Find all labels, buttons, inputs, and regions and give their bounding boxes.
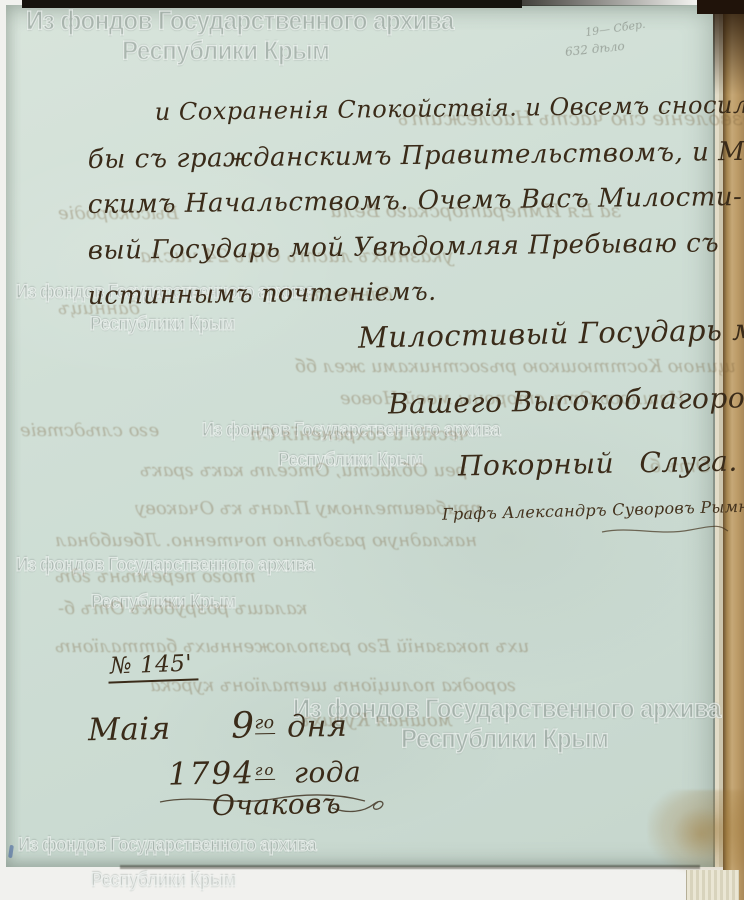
scan-top-dark-strip-fade	[522, 0, 694, 6]
doc-number-text: № 145'	[108, 650, 199, 683]
date-year: 1794го	[168, 755, 276, 793]
watermark-bottom-line1: Из фондов Государственного архива	[18, 834, 316, 856]
bleedthrough-line: накладную раздѣлно почтенно. Лбеибднал	[55, 530, 477, 551]
watermark-bottom-line2: Республики Крым	[91, 869, 236, 891]
date-year-superscript: го	[255, 761, 276, 780]
body-line-5: истиннымъ почтеніемъ.	[88, 277, 437, 310]
bleedthrough-line: ппого перемѣнъ гдѣ	[55, 566, 256, 587]
bleedthrough-line: реи Области, Отселѣ какъ гракъ	[140, 460, 467, 481]
bleedthrough-line: ческіи и сохраненїя Сп	[250, 424, 470, 445]
date-month: Маія	[88, 711, 171, 748]
bleedthrough-line: прибавителному Планъ къ Очакову	[135, 498, 482, 519]
date-place: Очаковъ	[212, 787, 342, 822]
binding-top-corner-dark	[697, 0, 744, 14]
date-year-word: года	[294, 755, 362, 789]
date-day: 9го	[231, 705, 275, 747]
doc-number: № 145'	[108, 652, 198, 682]
bleedthrough-line: городка полицїонѣ шеталїонъ курска	[150, 675, 516, 696]
place-flourish	[330, 794, 390, 818]
closing-line-2: Покорный Слуга.	[458, 445, 738, 483]
closing-line-1: Вашего Высокоблагородія	[388, 380, 744, 420]
watermark-top-line1: Из фондов Государственного архива	[26, 6, 454, 37]
watermark-top-line2: Республики Крым	[122, 36, 329, 67]
dateline-day: Маія 9го дня	[88, 704, 348, 750]
binding-top-shadow	[713, 0, 744, 95]
date-day-superscript: го	[254, 713, 274, 734]
date-day-word: дня	[287, 709, 348, 745]
bleedthrough-line: его слѣдствіе	[20, 420, 159, 441]
signature-flourish	[600, 524, 730, 536]
bleedthrough-line: калашъ розрубокъ Отъ б-	[58, 598, 308, 619]
bleedthrough-line: щиною Косттюшкою рѣгостниками жел бб	[295, 356, 736, 377]
stain-blob	[672, 808, 730, 860]
tape-piece	[686, 870, 739, 900]
